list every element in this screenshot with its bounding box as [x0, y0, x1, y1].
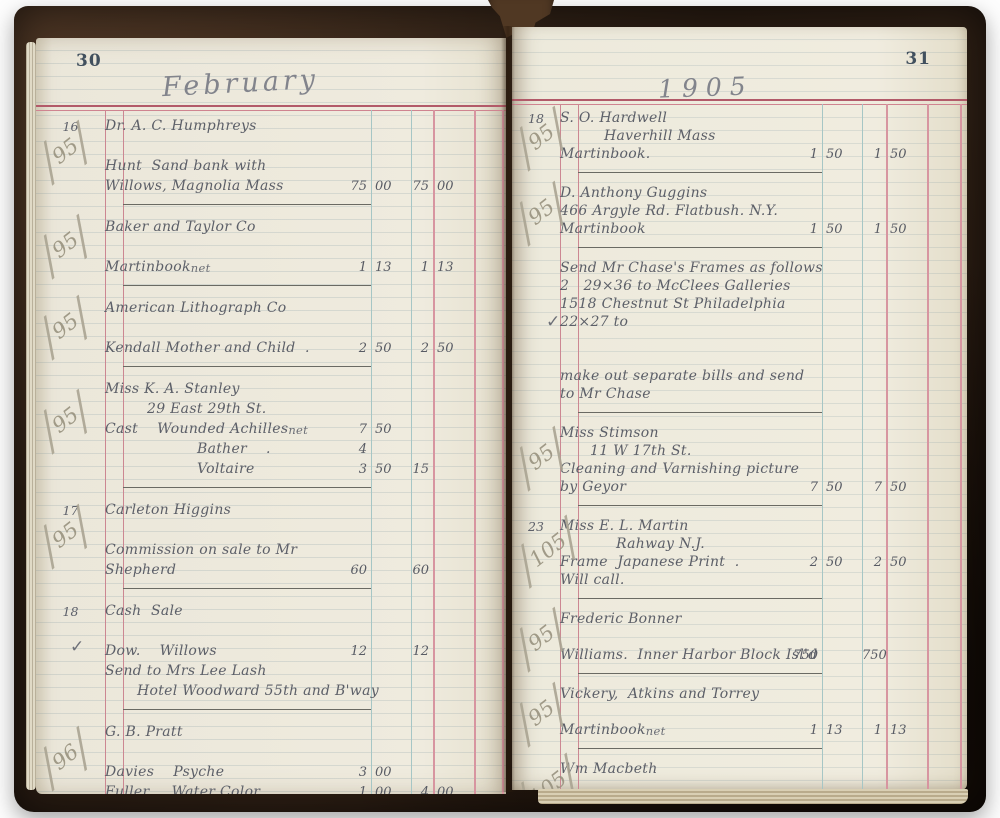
entry-separator	[578, 748, 822, 749]
entry-description: 2 29×36 to McClees Galleries	[560, 278, 578, 294]
entry-description-text: Carleton Higgins	[105, 502, 231, 518]
entry-row: 29 East 29th St.	[36, 397, 506, 417]
amount-a1d: 2	[578, 555, 822, 570]
entry-row	[36, 740, 506, 760]
amount-a2c: 50	[886, 147, 927, 162]
book-gutter-shadow	[501, 26, 515, 792]
entry-row: 2 29×36 to McClees Galleries	[512, 276, 967, 294]
entry-description: G. B. Pratt	[105, 724, 123, 740]
entry-row: Hunt Sand bank with	[36, 154, 506, 174]
ledger-entry: 105Wm MacbethFrame Water Color by Crome3…	[512, 757, 967, 790]
entry-row	[36, 619, 506, 639]
entry-description-text: Vickery, Atkins and Torrey	[560, 686, 759, 702]
amount-a1d: 60	[123, 563, 371, 578]
ledger-left-page: 30 February 9516Dr. A. C. HumphreysHunt …	[36, 38, 506, 794]
ledger-entry: 95Baker and Taylor CoMartinbooknet113113	[36, 213, 506, 277]
entry-row: Send to Mrs Lee Lash	[36, 659, 506, 679]
amount-a1c: 50	[371, 462, 411, 477]
entry-description-text: 22×27 to	[560, 314, 628, 330]
entry-description: 29 East 29th St.	[105, 401, 123, 417]
entry-description-text: 466 Argyle Rd. Flatbush. N.Y.	[560, 203, 778, 219]
page-stack-bottom-edge	[538, 789, 968, 804]
amount-a2d: 4	[411, 785, 433, 794]
amount-a2c: 50	[886, 222, 927, 237]
ledger-entry: 95Vickery, Atkins and TorreyMartinbookne…	[512, 682, 967, 740]
entry-row	[36, 316, 506, 336]
entry-description-text: 1518 Chestnut St Philadelphia	[560, 296, 786, 312]
entry-description: Dr. A. C. Humphreys	[105, 118, 123, 134]
month-header: February	[161, 64, 319, 103]
entry-description: Miss K. A. Stanley	[105, 381, 123, 397]
ledger-entry: ✓Send Mr Chase's Frames as follows2 29×3…	[512, 256, 967, 404]
entry-row: by Geyor750750	[512, 477, 967, 495]
header-rule	[512, 99, 967, 105]
entry-separator	[578, 505, 822, 506]
entry-description: by Geyor	[560, 479, 578, 495]
ledger-entry: 95Miss Stimson11 W 17th St.Cleaning and …	[512, 421, 967, 497]
amount-a1d: 1	[578, 723, 822, 738]
amount-a1d: 12	[123, 644, 371, 659]
amount-a1d: 7	[123, 422, 371, 437]
entry-row: American Lithograph Co	[36, 296, 506, 316]
ledger-entry: 95American Lithograph CoKendall Mother a…	[36, 294, 506, 358]
amount-a2d: 1	[411, 260, 433, 275]
entry-description: Shepherd	[105, 562, 123, 578]
amount-a1c: 50	[822, 222, 862, 237]
entry-separator	[123, 709, 371, 710]
amount-a2d: 15	[411, 462, 433, 477]
entry-description: make out separate bills and send	[560, 368, 578, 384]
entry-row: Davies Psyche300	[36, 760, 506, 780]
page-number: 30	[76, 51, 102, 71]
entry-row: D. Anthony Guggins	[512, 183, 967, 201]
entry-row	[512, 627, 967, 645]
entry-separator	[123, 204, 371, 205]
entry-row: Shepherd6060	[36, 558, 506, 578]
amount-a1d: 2	[123, 341, 371, 356]
entry-description-text: 11 W 17th St.	[560, 443, 692, 459]
amount-a2c: 13	[886, 723, 927, 738]
amount-a2c: 50	[886, 555, 927, 570]
entry-description-text: make out separate bills and send	[560, 368, 804, 384]
entry-row: G. B. Pratt	[36, 720, 506, 740]
entry-description-text: 2 29×36 to McClees Galleries	[560, 278, 791, 294]
amount-a1c: 50	[822, 147, 862, 162]
entry-row: Bather .4	[36, 437, 506, 457]
entry-row: 18Cash Sale	[36, 599, 506, 619]
entry-description: Martinbooknet	[105, 259, 123, 275]
entry-description: Willows, Magnolia Mass	[105, 178, 123, 194]
entry-description-text: Miss K. A. Stanley	[105, 381, 240, 397]
ledger-right-page: 31 1905 9518S. O. HardwellHaverhill Mass…	[512, 27, 967, 790]
entry-separator	[123, 588, 371, 589]
entry-row: 16Dr. A. C. Humphreys	[36, 114, 506, 134]
amount-a1d: 7	[578, 480, 822, 495]
page-stack-left-edge	[26, 42, 36, 790]
entry-description: 1518 Chestnut St Philadelphia	[560, 296, 578, 312]
entry-description: Hotel Woodward 55th and B'way	[105, 683, 123, 699]
ledger-entry: 9516Dr. A. C. HumphreysHunt Sand bank wi…	[36, 112, 506, 196]
entry-description: 22×27 to	[560, 314, 578, 330]
entry-row: 1518 Chestnut St Philadelphia	[512, 294, 967, 312]
entry-row: 17Carleton Higgins	[36, 498, 506, 518]
entry-description-text: Cleaning and Varnishing picture	[560, 461, 799, 477]
amount-a1c: 00	[371, 179, 411, 194]
entry-description-text: Miss Stimson	[560, 425, 659, 441]
entry-description: Baker and Taylor Co	[105, 219, 123, 235]
amount-a2d: 1	[862, 222, 886, 237]
ledger-entry: 9518S. O. HardwellHaverhill MassMartinbo…	[512, 106, 967, 164]
ledger-entry: 95Frederic BonnerWilliams. Inner Harbor …	[512, 607, 967, 665]
entry-description: Kendall Mother and Child .	[105, 340, 123, 356]
entry-separator	[578, 673, 822, 674]
entry-description-text: Send to Mrs Lee Lash	[105, 663, 267, 679]
entry-row: Baker and Taylor Co	[36, 215, 506, 235]
entry-row: 466 Argyle Rd. Flatbush. N.Y.	[512, 201, 967, 219]
entry-description-text: Frederic Bonner	[560, 611, 682, 627]
amount-a1c: 50	[371, 422, 411, 437]
entry-row: 22×27 to	[512, 312, 967, 330]
entries-area: 9518S. O. HardwellHaverhill MassMartinbo…	[512, 106, 967, 790]
amount-a1d: 75	[123, 179, 371, 194]
entry-description: Cast Wounded Achillesnet	[105, 421, 123, 437]
amount-a1c: 13	[371, 260, 411, 275]
amount-a2d: 75	[411, 179, 433, 194]
entry-row	[36, 518, 506, 538]
ledger-entry: 9517Carleton HigginsCommission on sale t…	[36, 496, 506, 580]
entry-description-text: Cash Sale	[105, 603, 183, 619]
amount-a2d: 2	[862, 555, 886, 570]
amount-a2c: 50	[433, 341, 474, 356]
amount-a2d: 2	[411, 341, 433, 356]
entry-description-text: 29 East 29th St.	[105, 401, 266, 417]
entry-row: 11 W 17th St.	[512, 441, 967, 459]
entry-row: Frederic Bonner	[512, 609, 967, 627]
entry-description: Cash Sale	[105, 603, 123, 619]
amount-a1c: 00	[371, 785, 411, 794]
amount-a2c: 50	[886, 480, 927, 495]
entry-row: Kendall Mother and Child .250250	[36, 336, 506, 356]
entry-row: Haverhill Mass	[512, 126, 967, 144]
entry-row: 18S. O. Hardwell	[512, 108, 967, 126]
entry-row: Martinbooknet113113	[36, 255, 506, 275]
entry-row: Cast Wounded Achillesnet750	[36, 417, 506, 437]
entry-row: Martinbook.150150	[512, 144, 967, 162]
amount-a1d: 1	[123, 260, 371, 275]
entry-description-text: Hunt Sand bank with	[105, 158, 267, 174]
check-mark: ✓	[546, 312, 560, 332]
entry-description: Send to Mrs Lee Lash	[105, 663, 123, 679]
entry-row: Send Mr Chase's Frames as follows	[512, 258, 967, 276]
amount-a1c: 13	[822, 723, 862, 738]
entry-row: Williams. Inner Harbor Block Isl'd750750	[512, 645, 967, 663]
entry-description-text: G. B. Pratt	[105, 724, 183, 740]
entry-separator	[578, 598, 822, 599]
entry-row: Hotel Woodward 55th and B'way	[36, 679, 506, 699]
amount-a2d: 12	[411, 644, 433, 659]
entries-area: 9516Dr. A. C. HumphreysHunt Sand bank wi…	[36, 112, 506, 794]
entry-row: Dow. Willows1212	[36, 639, 506, 659]
entry-description: Davies Psyche	[105, 764, 123, 780]
entry-description-text: American Lithograph Co	[105, 300, 287, 316]
amount-a1c: 50	[822, 555, 862, 570]
amount-a1d: 1	[578, 222, 822, 237]
amount-a2d: 7	[862, 480, 886, 495]
entry-row	[36, 134, 506, 154]
entry-row: Voltaire35015	[36, 457, 506, 477]
entry-separator	[123, 487, 371, 488]
entry-description-text: S. O. Hardwell	[560, 110, 667, 126]
check-mark: ✓	[70, 637, 84, 657]
entry-description-text: to Mr Chase	[560, 386, 651, 402]
entry-separator	[123, 285, 371, 286]
amount-a1c: 50	[371, 341, 411, 356]
amount-a1d: 3	[123, 765, 371, 780]
entry-description-text: Commission on sale to Mr	[105, 542, 297, 558]
entry-description-text: Hotel Woodward 55th and B'way	[105, 683, 379, 699]
entry-row: to Mr Chase	[512, 384, 967, 402]
entry-row: Vickery, Atkins and Torrey	[512, 684, 967, 702]
ledger-entry: 95D. Anthony Guggins466 Argyle Rd. Flatb…	[512, 181, 967, 239]
entry-description: Dow. Willows	[105, 643, 123, 659]
entry-separator	[578, 412, 822, 413]
entry-description-text: D. Anthony Guggins	[560, 185, 707, 201]
entry-description-text: Send Mr Chase's Frames as follows	[560, 260, 823, 276]
entry-row	[512, 702, 967, 720]
entry-description-text: Miss E. L. Martin	[560, 518, 689, 534]
entry-row: Martinbook150150	[512, 219, 967, 237]
entry-description: Bather .	[105, 441, 123, 457]
ledger-entry: 96G. B. PrattDavies Psyche300Fuller. Wat…	[36, 718, 506, 794]
amount-a1d: 4	[123, 442, 371, 457]
entry-row: Commission on sale to Mr	[36, 538, 506, 558]
amount-a2d: 1	[862, 147, 886, 162]
entry-row: Will call.	[512, 570, 967, 588]
entry-description: to Mr Chase	[560, 386, 578, 402]
entry-row: 23Miss E. L. Martin	[512, 516, 967, 534]
entry-description: Voltaire	[105, 461, 123, 477]
entry-row: Willows, Magnolia Mass75007500	[36, 174, 506, 194]
entry-row	[36, 235, 506, 255]
entry-description-text: Baker and Taylor Co	[105, 219, 256, 235]
page-number: 31	[905, 49, 931, 69]
ledger-entry: 95Miss K. A. Stanley29 East 29th St.Cast…	[36, 375, 506, 479]
entry-description-text: Dr. A. C. Humphreys	[105, 118, 257, 134]
entry-separator	[578, 247, 822, 248]
entry-description: Send Mr Chase's Frames as follows	[560, 260, 578, 276]
entry-row: Fuller. Water Color100400	[36, 780, 506, 794]
entry-separator	[578, 172, 822, 173]
amount-a1c: 00	[371, 765, 411, 780]
entry-row: Martinbooknet113113	[512, 720, 967, 738]
amount-a1d: 1	[578, 147, 822, 162]
amount-a2d: 750	[862, 648, 886, 663]
entry-description: Carleton Higgins	[105, 502, 123, 518]
amount-a1d: 3	[123, 462, 371, 477]
amount-a1d: 750	[578, 648, 822, 663]
amount-a2d: 1	[862, 723, 886, 738]
amount-a2c: 00	[433, 785, 474, 794]
entry-row	[512, 348, 967, 366]
entry-row: Miss Stimson	[512, 423, 967, 441]
amount-a1d: 1	[123, 785, 371, 794]
entry-description: Commission on sale to Mr	[105, 542, 123, 558]
amount-a2d: 60	[411, 563, 433, 578]
amount-a2c: 13	[433, 260, 474, 275]
entry-row	[512, 330, 967, 348]
entry-row: Cleaning and Varnishing picture	[512, 459, 967, 477]
entry-description: Fuller. Water Color	[105, 784, 123, 794]
ledger-entry: ✓18Cash SaleDow. Willows1212Send to Mrs …	[36, 597, 506, 701]
entry-row: Miss K. A. Stanley	[36, 377, 506, 397]
entry-description: American Lithograph Co	[105, 300, 123, 316]
entry-date: 18	[36, 604, 105, 619]
header-rule	[36, 105, 506, 111]
entry-description: Will call.	[560, 572, 578, 588]
ledger-entry: 10523Miss E. L. MartinRahway N.J.Frame J…	[512, 514, 967, 590]
entry-separator	[123, 366, 371, 367]
entry-description-text: Haverhill Mass	[560, 128, 716, 144]
ledger-photo: 30 February 9516Dr. A. C. HumphreysHunt …	[0, 0, 1000, 818]
entry-description-text: Will call.	[560, 572, 625, 588]
amount-a2c: 00	[433, 179, 474, 194]
entry-row: make out separate bills and send	[512, 366, 967, 384]
entry-description: Hunt Sand bank with	[105, 158, 123, 174]
amount-a1c: 50	[822, 480, 862, 495]
